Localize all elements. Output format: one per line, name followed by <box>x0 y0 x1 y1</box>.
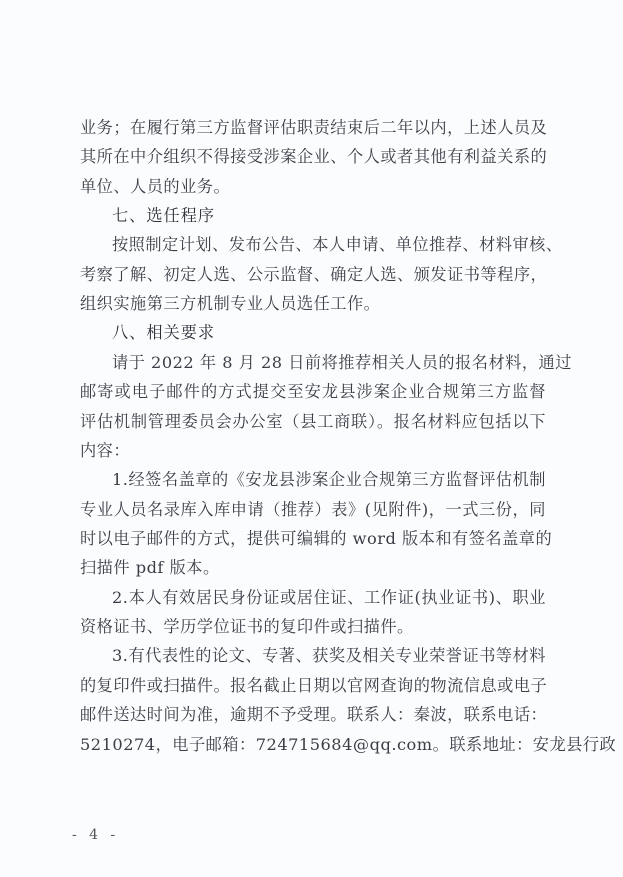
section-heading-7: 七、选任程序 <box>112 205 215 227</box>
list-item-3-line: 邮件送达时间为准，逾期不予受理。联系人：秦波，联系电话： <box>80 704 546 726</box>
paragraph-line: 考察了解、初定人选、公示监督、确定人选、颁发证书等程序， <box>80 264 546 286</box>
list-item-3-line: 3.有代表性的论文、专著、获奖及相关专业荣誉证书等材料 <box>112 645 546 667</box>
list-item-3-line: 5210274，电子邮箱：724715684@qq.com。联系地址：安龙县行政 <box>80 734 546 756</box>
list-item-1-line: 专业人员名录库入库申请（推荐）表》(见附件)，一式三份，同 <box>80 499 546 521</box>
paragraph-line: 请于 2022 年 8 月 28 日前将推荐相关人员的报名材料，通过 <box>112 352 546 374</box>
list-item-2-line: 2.本人有效居民身份证或居住证、工作证(执业证书)、职业 <box>112 587 546 609</box>
paragraph-line: 业务；在履行第三方监督评估职责结束后二年以内，上述人员及 <box>80 117 546 139</box>
paragraph-line: 按照制定计划、发布公告、本人申请、单位推荐、材料审核、 <box>112 234 546 256</box>
paragraph-line: 单位、人员的业务。 <box>80 176 546 198</box>
paragraph-line: 邮寄或电子邮件的方式提交至安龙县涉案企业合规第三方监督 <box>80 381 546 403</box>
list-item-1-line: 时以电子邮件的方式，提供可编辑的 word 版本和有签名盖章的 <box>80 528 546 550</box>
list-item-1-line: 1.经签名盖章的《安龙县涉案企业合规第三方监督评估机制 <box>112 469 546 491</box>
paragraph-line: 其所在中介组织不得接受涉案企业、个人或者其他有利益关系的 <box>80 146 546 168</box>
page-number: - 4 - <box>72 827 119 843</box>
list-item-1-line: 扫描件 pdf 版本。 <box>80 557 546 579</box>
paragraph-line: 组织实施第三方机制专业人员选任工作。 <box>80 293 546 315</box>
paragraph-line: 内容： <box>80 440 546 462</box>
list-item-3-line: 的复印件或扫描件。报名截止日期以官网查询的物流信息或电子 <box>80 675 546 697</box>
list-item-2-line: 资格证书、学历学位证书的复印件或扫描件。 <box>80 616 546 638</box>
paragraph-line: 评估机制管理委员会办公室（县工商联）。报名材料应包括以下 <box>80 411 546 433</box>
section-heading-8: 八、相关要求 <box>112 322 215 344</box>
document-page: 业务；在履行第三方监督评估职责结束后二年以内，上述人员及 其所在中介组织不得接受… <box>0 0 623 877</box>
